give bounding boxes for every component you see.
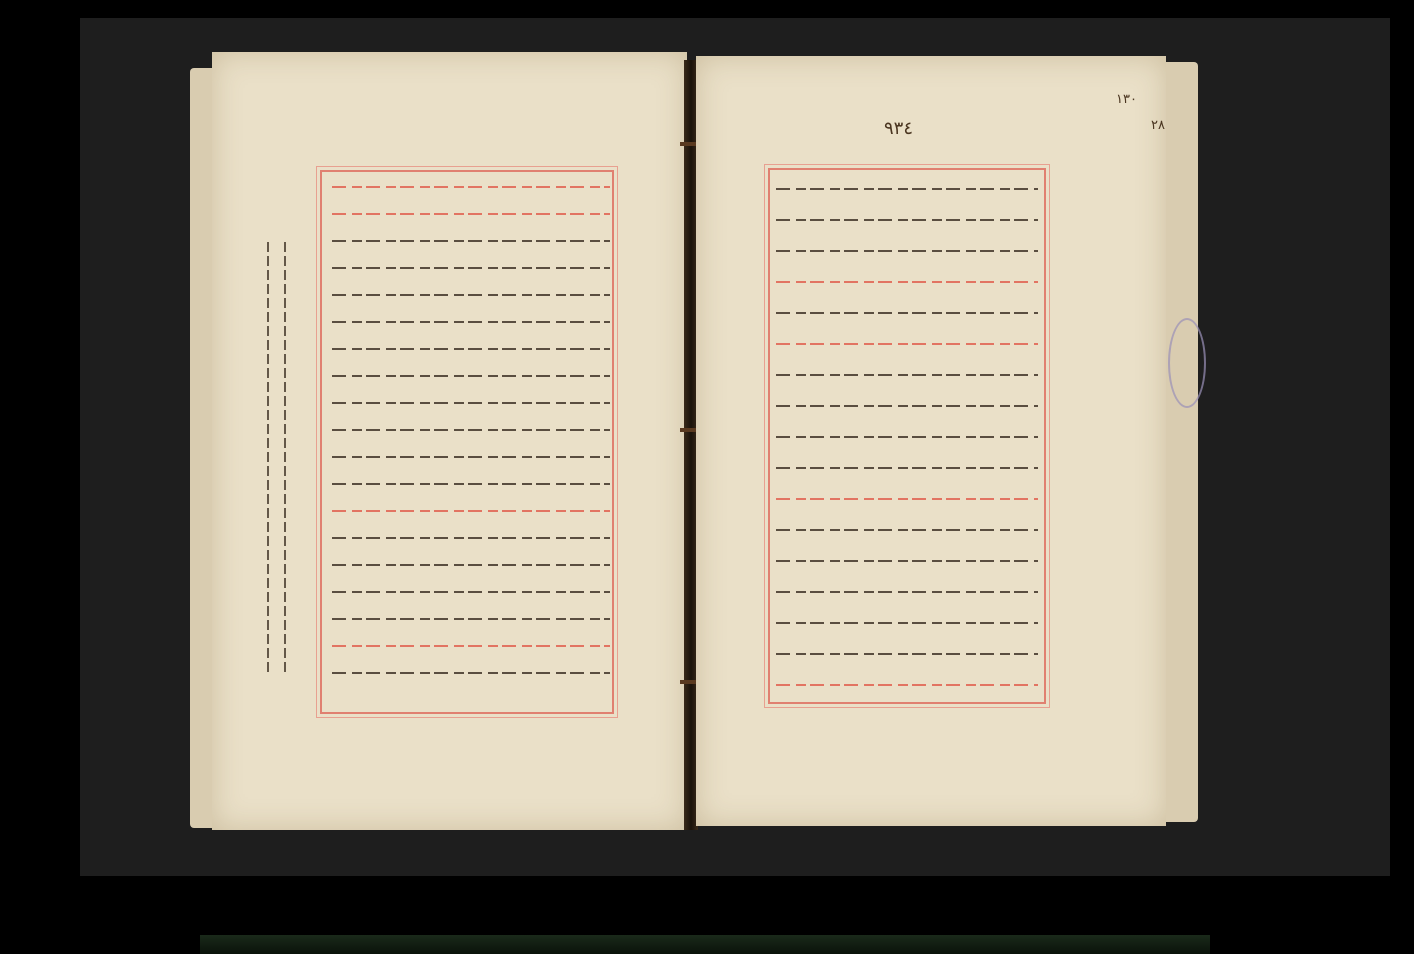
text-line [332, 672, 610, 674]
text-line [332, 591, 610, 593]
text-line [332, 348, 610, 350]
text-line [332, 240, 610, 242]
marginal-number: ١٣٠ [1116, 92, 1137, 107]
text-line [332, 456, 610, 458]
text-line [776, 467, 1038, 469]
text-line [776, 405, 1038, 407]
text-line [776, 219, 1038, 221]
text-line [776, 374, 1038, 376]
text-line [332, 618, 610, 620]
text-line [776, 653, 1038, 655]
text-line [332, 429, 610, 431]
text-line [776, 591, 1038, 593]
text-line [776, 529, 1038, 531]
text-line [776, 250, 1038, 252]
text-line [776, 281, 1038, 283]
text-line [332, 537, 610, 539]
text-line [776, 312, 1038, 314]
text-line [332, 402, 610, 404]
text-line [776, 343, 1038, 345]
library-stamp [1168, 318, 1206, 408]
text-line [332, 294, 610, 296]
left-margin-note [284, 242, 286, 672]
text-line [332, 375, 610, 377]
right-page: ٩٣٤ ١٣٠ ٢٨ [696, 56, 1166, 826]
text-line [776, 622, 1038, 624]
text-line [332, 186, 610, 188]
text-line [332, 321, 610, 323]
bottom-strip [200, 935, 1210, 954]
folio-number: ٩٣٤ [884, 118, 913, 139]
text-line [776, 560, 1038, 562]
text-line [332, 483, 610, 485]
text-line [332, 645, 610, 647]
text-line [776, 684, 1038, 686]
text-line [776, 188, 1038, 190]
text-line [332, 267, 610, 269]
text-line [332, 510, 610, 512]
text-line [332, 213, 610, 215]
left-page [212, 52, 687, 830]
marginal-number: ٢٨ [1151, 118, 1165, 133]
text-line [776, 498, 1038, 500]
text-line [776, 436, 1038, 438]
left-text-frame [320, 170, 614, 714]
text-line [332, 564, 610, 566]
left-margin-note [267, 242, 269, 672]
